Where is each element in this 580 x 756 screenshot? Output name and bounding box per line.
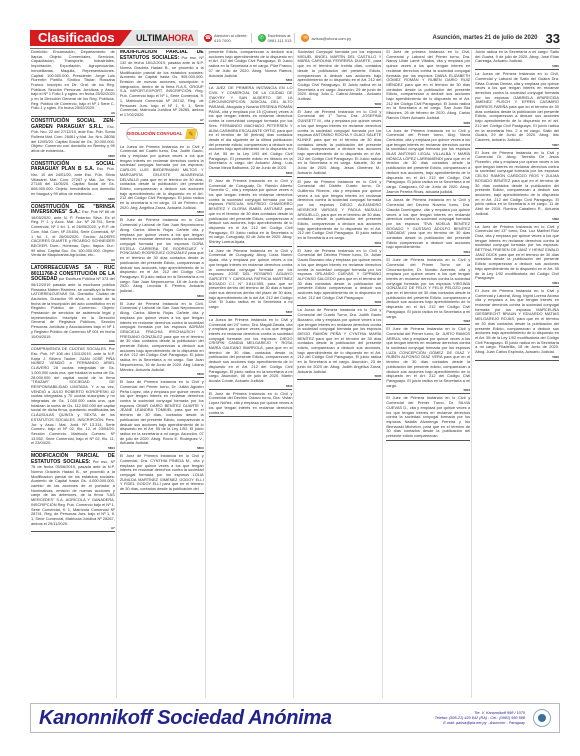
notice-body: La Juez de Primera Instancia en lo Civil… bbox=[209, 248, 293, 309]
notice-code: 5807 bbox=[475, 143, 559, 147]
column-5: El Juez de primera Instancia en lo Civil… bbox=[385, 50, 472, 698]
classified-notice: El Juez de Primera Instancia en lo Civil… bbox=[475, 151, 559, 223]
notice-body: La Jueza de Primera Instancia en lo Civi… bbox=[386, 197, 470, 249]
notice-body: Juicio radica en la Secretaría a mi carg… bbox=[475, 50, 559, 63]
classified-notice: Juicio radica en la Secretaría a mi carg… bbox=[475, 50, 559, 70]
notice-body: Esc. Pub Nº 66 de 16/05/2020, ante N. P.… bbox=[31, 209, 115, 257]
contact-email-value: avisos@uhora.com.py bbox=[311, 36, 351, 41]
contact-whatsapp[interactable]: ✆ Escribinos al: 0981 111 013 bbox=[258, 30, 296, 46]
classified-notice: La Juez de Primera Instancia en lo Civil… bbox=[475, 225, 559, 287]
header-divider bbox=[30, 48, 560, 49]
column-4: Sociedad Conyugal formada por los esposo… bbox=[296, 50, 383, 698]
classified-notice: COMPRAVENTA DE CUOTAS SOCIALES. Por Esc.… bbox=[31, 347, 115, 452]
phone-icon: ☎ bbox=[204, 34, 212, 42]
notice-body: El Juez de Primera Instancia en lo Civil… bbox=[297, 248, 381, 300]
notice-body: El juez de Primera Instancia en lo Civil… bbox=[297, 179, 381, 240]
section-title: Clasificados bbox=[30, 30, 120, 46]
notice-body: LA JUEZ DE PRIMERA INSTANCIA EN LO CIVIL… bbox=[209, 85, 293, 170]
classified-notice: El Juez de Primera Instancia en lo Civil… bbox=[475, 289, 559, 361]
advertiser-contact-info: Tte. V. Kanonnikoff 998 / 1070 Telefax: … bbox=[435, 711, 525, 726]
classified-notice: El Juez de Primera Instancia en lo Civil… bbox=[120, 218, 204, 299]
column-2: MODIFICACIÓN PARCIAL DE ESTATUTOS SOCIAL… bbox=[119, 50, 206, 698]
whatsapp-icon: ✆ bbox=[258, 34, 266, 42]
contact-phone-value: 415 7000 bbox=[214, 38, 248, 43]
contact-email[interactable]: ✉ avisos@uhora.com.py bbox=[301, 30, 354, 46]
notice-code: A0 bbox=[31, 111, 115, 115]
notice-body: La Juez de Primera Instancia en lo Civil… bbox=[475, 224, 559, 281]
notice-code: 5801 bbox=[209, 78, 293, 82]
contact-phone[interactable]: ☎ Atención al cliente: 415 7000 bbox=[204, 30, 252, 46]
notice-body: Sociedad Conyugal formada por los esposo… bbox=[297, 50, 381, 101]
notice-body: COMPRAVENTA DE CUOTAS SOCIALES. Por Esc.… bbox=[31, 346, 115, 445]
section-badge: DISOLUCIÓN CONYUGAL✎ bbox=[126, 127, 198, 141]
notice-body: Por esc. Nº 76 de fecha 05/06/2019, pasa… bbox=[31, 459, 115, 526]
contact-whatsapp-value: 0981 111 013 bbox=[268, 38, 292, 43]
page-header: Clasificados ULTIMAHORA ☎ Atención al cl… bbox=[30, 30, 560, 46]
notice-code: 5801 bbox=[297, 241, 381, 245]
classified-notice: El juez de Primera Instancia en lo Civil… bbox=[297, 180, 381, 247]
notice-code: 5800 bbox=[209, 171, 293, 175]
classified-notice: El Juez de Primera Instancia en lo Civil… bbox=[209, 179, 293, 247]
notice-body: El Juez de Primera Instancia en lo Civil… bbox=[475, 150, 559, 216]
notice-body: presente Edicto, comparezcan a deducir s… bbox=[209, 50, 293, 78]
notice-body: El Juez de Primera Instancia en lo Civil… bbox=[209, 391, 293, 415]
section-badge-label: DISOLUCIÓN CONYUGAL bbox=[127, 131, 182, 136]
notice-body: El Juez de Primera Instancia en lo Civil… bbox=[120, 453, 204, 491]
classified-notice: El Juez de Primera Instancia en lo Civil… bbox=[120, 302, 204, 379]
classified-notice: Sociedad Conyugal formada por los esposo… bbox=[297, 50, 381, 108]
notice-code: 5808 bbox=[120, 372, 204, 376]
notice-code: 5810 bbox=[209, 384, 293, 388]
notice-code: 5803 bbox=[386, 319, 470, 323]
notice-code: A0A bbox=[31, 339, 115, 343]
advertiser-name: Kanonnikoff Sociedad Anónima bbox=[39, 707, 332, 730]
classified-notice: La Juez de Primera Instancia en lo Civil… bbox=[209, 249, 293, 316]
column-6: Juicio radica en la Secretaría a mi carg… bbox=[474, 50, 560, 698]
notice-headline: CONSTITUCIÓN SOCIAL ZEN-GARDEN PARAGUAY … bbox=[31, 118, 115, 130]
classified-notice: El Juez de Primera Instancia en lo Civil… bbox=[297, 249, 381, 307]
classified-columns: Domicilio: Encarnación, Departamento de … bbox=[30, 50, 560, 698]
notice-code: 5800 bbox=[386, 121, 470, 125]
column-1: Domicilio: Encarnación, Departamento de … bbox=[30, 50, 117, 698]
classified-notice: La Jueza de Primera Instancia en lo Civi… bbox=[475, 72, 559, 149]
issue-date: Asunción, martes 21 de julio de 2020 bbox=[432, 35, 537, 41]
classified-notice: LATORRE&CUEVAS SA - RUC 80111768-2 CONST… bbox=[31, 266, 115, 345]
brand-logo-part1: ULTIMA bbox=[136, 33, 168, 43]
classified-notice: La Jueza de Primera Instancia en lo Civi… bbox=[120, 145, 204, 217]
notice-code: 5802 bbox=[475, 217, 559, 221]
notice-code: 5806 bbox=[475, 355, 559, 359]
notice-code: 5809 bbox=[120, 294, 204, 298]
classified-notice: Domicilio: Encarnación, Departamento de … bbox=[31, 50, 115, 117]
classified-notice: MODIFICACIÓN PARCIAL DE ESTATUTOS SOCIAL… bbox=[120, 50, 204, 124]
notice-body: El Juez de Primera Instancia en lo Civil… bbox=[386, 326, 470, 387]
newspaper-page: Clasificados ULTIMAHORA ☎ Atención al cl… bbox=[30, 20, 560, 736]
notice-code: 5800 bbox=[475, 64, 559, 68]
notice-code: 5800 bbox=[297, 102, 381, 106]
brand-logo-part2: HORA bbox=[168, 33, 194, 43]
classified-notice: El Juez de primera Instancia en lo Civil… bbox=[386, 50, 470, 127]
classified-notice: El Juez de Primera Instancia en lo Civil… bbox=[209, 392, 293, 418]
notice-code: A7 bbox=[120, 118, 204, 122]
advertiser-phones: Telefax: (595-21) 420 842 (RA) - Cel.: (… bbox=[435, 716, 525, 721]
classified-notice: La Jueza de Primera Instancia en lo Civi… bbox=[297, 308, 381, 380]
column-3: presente Edicto, comparezcan a deducir s… bbox=[208, 50, 295, 698]
notice-body: El Juez de Primera Instancia en lo Civil… bbox=[475, 288, 559, 354]
notice-body: La Jueza de Primera Instancia en lo Civi… bbox=[209, 317, 293, 383]
globe-logo-icon bbox=[533, 709, 551, 727]
envelope-icon: ✉ bbox=[301, 34, 309, 42]
advertiser-email: E-mail: paksa@pla.net.py - Asunción - Pa… bbox=[435, 721, 525, 726]
notice-code: 5807 bbox=[209, 310, 293, 314]
notice-body: La Jueza de Primera Instancia en lo Civi… bbox=[297, 307, 381, 373]
notice-code: 5806 bbox=[31, 154, 115, 158]
notice-code: 5801 bbox=[386, 250, 470, 254]
notice-code: A0 bbox=[31, 258, 115, 262]
page-number: 33 bbox=[546, 31, 560, 46]
notice-body: El Juez de Primera Instancia en lo Civil… bbox=[120, 379, 204, 445]
notice-body: El Juez de Primera Instancia en lo Civil… bbox=[209, 178, 293, 244]
notice-body: por Escritura Pública Nº 373 del 06/12/2… bbox=[31, 276, 115, 338]
notice-code: A7 bbox=[31, 526, 115, 530]
classified-notice: La Juez de Primera Instancia en lo Civil… bbox=[386, 129, 470, 197]
pencil-icon: ✎ bbox=[185, 129, 197, 139]
notice-body: La Jueza de Primera Instancia en lo Civi… bbox=[120, 144, 204, 210]
classified-notice: El Juez de Primera Instancia en lo Civil… bbox=[120, 380, 204, 452]
classified-notice: El Juez de Primera Instancia en lo Civil… bbox=[386, 258, 470, 325]
classified-notice: CONSTITUCIÓN SOCIAL PARAGUAY PLAN B S.A.… bbox=[31, 162, 115, 203]
classified-notice: El Juez de Primera Instancia en lo Civil… bbox=[386, 396, 470, 440]
notice-code: 5804 bbox=[475, 281, 559, 285]
notice-body: Domicilio: Encarnación, Departamento de … bbox=[31, 50, 115, 110]
classified-notice: La Jueza de Primera Instancia en lo Civi… bbox=[386, 198, 470, 256]
notice-code: 5804 bbox=[386, 388, 470, 392]
notice-body: Por esc. Nº 132 de fecha 18/12/2019, pas… bbox=[120, 55, 204, 117]
classified-notice: El Juez de Primera Instancia en lo Civil… bbox=[386, 327, 470, 394]
classified-notice: LA JUEZ DE PRIMERA INSTANCIA EN LO CIVIL… bbox=[209, 86, 293, 177]
classified-notice: CONSTITUCIÓN DE "BRINSA INVERSIONES" S.A… bbox=[31, 205, 115, 265]
notice-code: 5803 bbox=[120, 446, 204, 450]
classified-notice: El Juez de Primera Instancia en lo Civil… bbox=[297, 110, 381, 178]
classified-notice: presente Edicto, comparezcan a deducir s… bbox=[209, 50, 293, 84]
notice-body: El Juez de Primera Instancia en lo Civil… bbox=[120, 217, 204, 293]
classified-notice: El Juez de Primera Instancia en lo Civil… bbox=[120, 454, 204, 494]
notice-body: El Juez de Primera Instancia en lo Civil… bbox=[120, 301, 204, 372]
notice-body: La Jueza de Primera Instancia en lo Civi… bbox=[475, 71, 559, 142]
notice-code: 5800 bbox=[120, 210, 204, 214]
notice-code: 5802 bbox=[297, 300, 381, 304]
notice-code: 5805 bbox=[297, 374, 381, 378]
notice-body: El Juez de Primera Instancia en lo Civil… bbox=[386, 257, 470, 318]
notice-body: El Juez de Primera Instancia en lo Civil… bbox=[297, 109, 381, 175]
classified-notice: MODIFICACIÓN PARCIAL DE ESTATUTOS SOCIAL… bbox=[31, 454, 115, 532]
notice-body: El Juez de primera Instancia en lo Civil… bbox=[386, 50, 470, 120]
advertiser-banner: Kanonnikoff Sociedad Anónima Tte. V. Kan… bbox=[30, 703, 560, 733]
notice-code: 5805 bbox=[31, 197, 115, 201]
notice-body: El Juez de Primera Instancia en lo Civil… bbox=[386, 395, 470, 438]
classified-notice: CONSTITUCIÓN SOCIAL ZEN-GARDEN PARAGUAY … bbox=[31, 119, 115, 160]
notice-code: 5804 bbox=[31, 446, 115, 450]
classified-notice: La Jueza de Primera Instancia en lo Civi… bbox=[209, 318, 293, 390]
notice-body: La Juez de Primera Instancia en lo Civil… bbox=[386, 128, 470, 194]
